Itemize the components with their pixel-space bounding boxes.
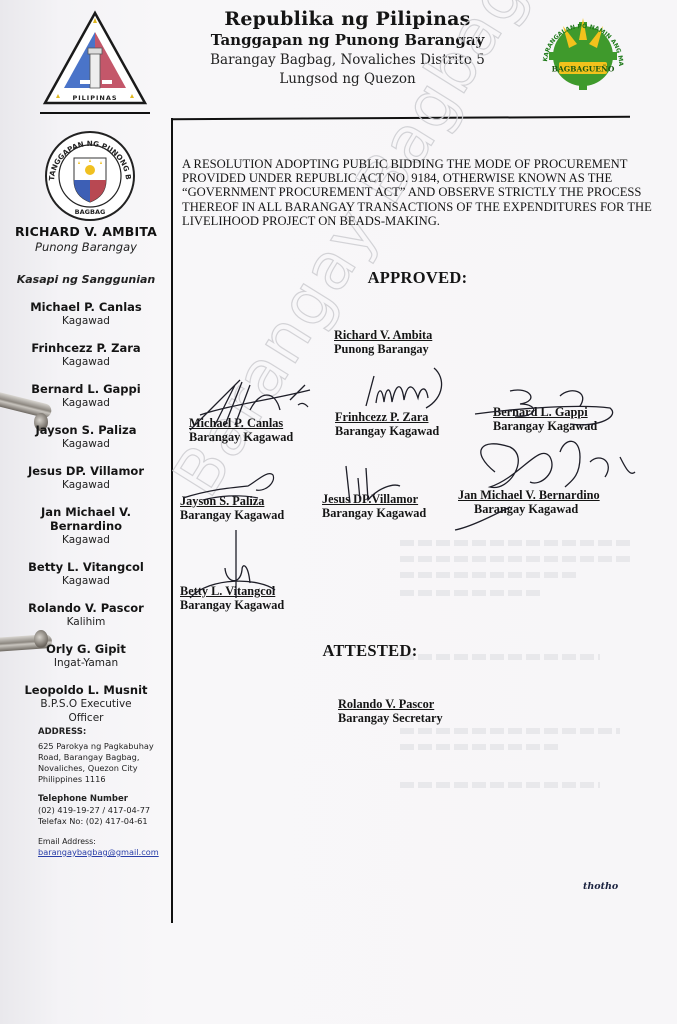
council-member: Jan Michael V. BernardinoKagawad [0,505,172,547]
header-divider-left [40,112,150,114]
council-member-role: Kagawad [0,396,172,410]
attester-name: Rolando V. Pascor [338,697,443,711]
council-member-name: Bernard L. Gappi [0,382,172,396]
council-member-name: Leopoldo L. Musnit [0,683,172,697]
council-member-role: Kagawad [0,355,172,369]
signature-bernardino-icon [440,432,640,532]
signatory-block: Betty L. Vitangcol Barangay Kagawad [180,584,284,612]
signatory-block: Bernard L. Gappi Barangay Kagawad [493,405,597,433]
contact-info: ADDRESS: 625 Parokya ng Pagkabuhay Road,… [38,727,170,867]
svg-text:BAGBAGUEÑO: BAGBAGUEÑO [552,65,615,74]
bagbagueno-seal-icon: BAGBAGUEÑO KARANGALAN PO NAMIN ANG MAGLI… [533,4,633,104]
email-link[interactable]: barangaybagbag@gmail.com [38,847,170,858]
council-member: Jayson S. PalizaKagawad [0,423,172,451]
council-member-name: Rolando V. Pascor [0,601,172,615]
resolution-title: A RESOLUTION ADOPTING PUBLIC BIDDING THE… [182,157,652,228]
address-label: ADDRESS: [38,727,170,738]
phone-number: (02) 419-19-27 / 417-04-77 [38,805,170,816]
council-member: Rolando V. PascorKalihim [0,601,172,629]
approver-title: Punong Barangay [334,342,432,356]
council-member-role: Kagawad [0,478,172,492]
address-text: 625 Parokya ng Pagkabuhay Road, Barangay… [38,741,170,785]
council-member-role: Kalihim [0,615,172,629]
signature-zara-icon [356,358,446,418]
svg-text:PILIPINAS: PILIPINAS [72,94,117,102]
phone-label: Telephone Number [38,794,170,805]
council-member-role: Kagawad [0,437,172,451]
council-member-role: B.P.S.O Executive Officer [0,697,172,725]
approver-block: Richard V. Ambita Punong Barangay [334,328,432,356]
council-member-name: Jayson S. Paliza [0,423,172,437]
council-member-name: Michael P. Canlas [0,300,172,314]
signatory-block: Frinhcezz P. Zara Barangay Kagawad [335,410,439,438]
council-member: Orly G. GipitIngat-Yaman [0,642,172,670]
council-member-role: Kagawad [0,574,172,588]
council-member-name: Jan Michael V. Bernardino [0,505,172,533]
council-member: Frinhcezz P. ZaraKagawad [0,341,172,369]
council-member: Bernard L. GappiKagawad [0,382,172,410]
signatory-block: Jan Michael V. Bernardino Barangay Kagaw… [458,488,600,516]
council-member-name: Orly G. Gipit [0,642,172,656]
email-label: Email Address: [38,836,170,847]
council-heading: Kasapi ng Sanggunian [0,273,172,286]
council-member-name: Betty L. Vitangcol [0,560,172,574]
council-member-name: Frinhcezz P. Zara [0,341,172,355]
approved-heading: APPROVED: [180,268,655,288]
attester-block: Rolando V. Pascor Barangay Secretary [338,697,443,725]
council-member: Leopoldo L. MusnitB.P.S.O Executive Offi… [0,683,172,725]
initials-mark: thotho [583,881,618,892]
telefax-number: Telefax No: (02) 417-04-61 [38,816,170,827]
council-member-role: Ingat-Yaman [0,656,172,670]
captain-name: RICHARD V. AMBITA [0,224,172,239]
council-member-role: Kagawad [0,314,172,328]
council-member: Michael P. CanlasKagawad [0,300,172,328]
attested-heading: ATTESTED: [170,641,570,661]
svg-text:BAGBAG: BAGBAG [75,208,106,216]
council-member: Betty L. VitangcolKagawad [0,560,172,588]
punong-barangay-seal-icon: TANGGAPAN NG PUNONG BARANGAY BAGBAG [44,130,136,222]
attester-title: Barangay Secretary [338,711,443,725]
council-sidebar: RICHARD V. AMBITA Punong Barangay Kasapi… [0,224,172,725]
signatory-block: Jesus DP.Villamor Barangay Kagawad [322,492,426,520]
signatory-block: Michael P. Canlas Barangay Kagawad [189,416,293,444]
council-member-list: Michael P. CanlasKagawadFrinhcezz P. Zar… [0,300,172,725]
approver-name: Richard V. Ambita [334,328,432,342]
signatory-block: Jayson S. Paliza Barangay Kagawad [180,494,284,522]
captain-title: Punong Barangay [0,240,172,254]
council-member-name: Jesus DP. Villamor [0,464,172,478]
council-member: Jesus DP. VillamorKagawad [0,464,172,492]
council-member-role: Kagawad [0,533,172,547]
